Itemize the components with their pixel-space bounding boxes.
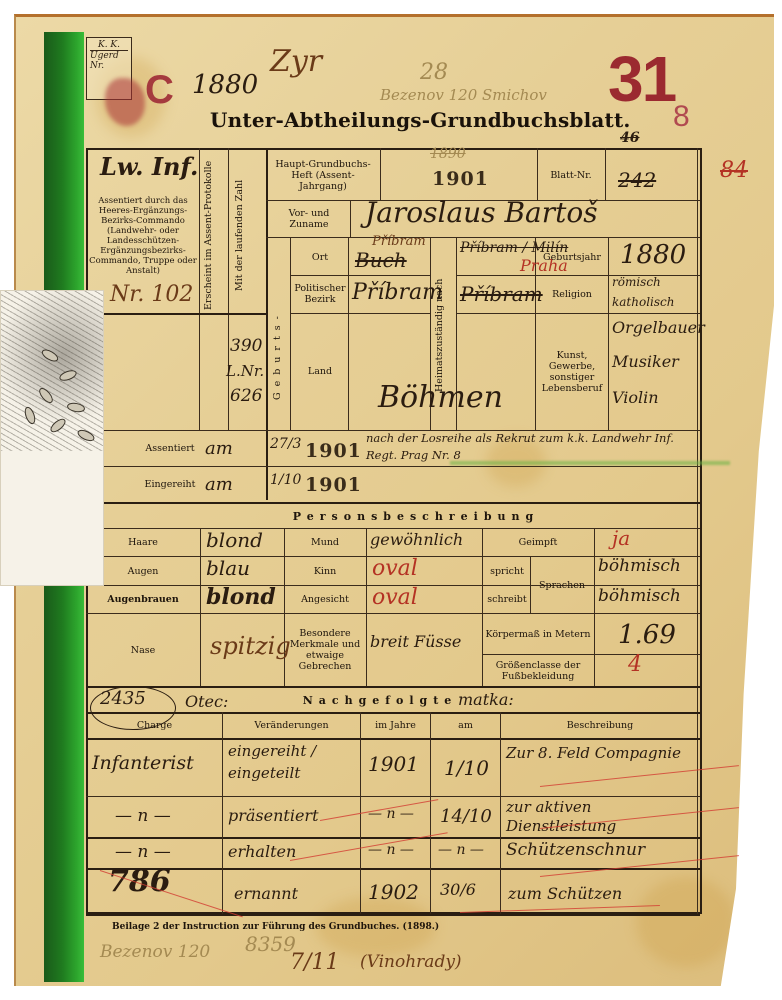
bottom-note-place: (Vinohrady): [360, 952, 462, 972]
handwritten-year: 1880: [192, 70, 258, 100]
beruf-value-3: Violin: [612, 388, 659, 407]
geburtsjahr-label: Geburtsjahr: [537, 240, 607, 274]
nase-value: spitzig: [210, 632, 291, 660]
augenbrauen-value: blond: [206, 584, 276, 610]
blatt-struck: 242: [618, 168, 656, 192]
angesicht-label: Angesicht: [286, 587, 364, 612]
hauptgrundbuch-struck: 1890: [430, 146, 466, 162]
blatt-label: Blatt-Nr.: [539, 152, 603, 198]
personal-description-title: Personsbeschreibung: [266, 506, 566, 526]
religion-label: Religion: [537, 277, 607, 311]
name-value: Jaroslaus Bartoš: [365, 196, 598, 229]
nase-label: Nase: [88, 615, 198, 685]
fuss-label: Größenclasse der Fußbekleidung: [484, 656, 592, 685]
laufende-zahl-1: 390: [230, 336, 262, 356]
spricht-label: spricht: [484, 558, 530, 584]
row3-desc: Schützenschnur: [506, 840, 645, 860]
row1-date: 1/10: [444, 756, 489, 780]
handwritten-number: 28: [420, 60, 448, 85]
eingereiht-am: am: [205, 474, 233, 495]
blatt-above-struck: 46: [620, 130, 639, 146]
row1-change: eingereiht / eingeteilt: [228, 740, 358, 784]
eingereiht-year: 1901: [305, 474, 362, 496]
side-number: 84: [720, 158, 748, 183]
bezirk-value: Příbram: [352, 280, 443, 305]
geburts-label: Geburts-: [272, 300, 283, 410]
ort-struck: Buch: [355, 248, 407, 272]
unit-handwritten: Lw. Inf.: [100, 152, 198, 181]
bottom-note-left: Bezenov 120: [100, 942, 210, 962]
row3-change: erhalten: [228, 842, 296, 861]
assentiert-durch-label: Assentiert durch das Heeres-Ergänzungs-B…: [88, 188, 198, 284]
assentiert-date: 27/3: [270, 436, 301, 452]
row2-desc: zur aktiven Dienstleistung: [506, 798, 696, 836]
annotation-otec: Otec:: [185, 692, 228, 711]
angesicht-value: oval: [372, 585, 418, 610]
hauptgrundbuch-label: Haupt-Grundbuchs-Heft (Assent-Jahrgang): [268, 152, 378, 198]
col-header-am: am: [432, 714, 499, 736]
mund-value: gewöhnlich: [370, 530, 463, 549]
assentiert-durch-value: Nr. 102: [110, 282, 193, 307]
geburtsjahr-value: 1880: [620, 240, 686, 270]
beruf-value-2: Musiker: [612, 352, 679, 371]
assentiert-year: 1901: [305, 440, 362, 462]
fuss-value: 4: [628, 652, 642, 677]
kinn-label: Kinn: [286, 558, 364, 584]
page-title: Unter-Abtheilungs-Grundbuchsblatt.: [210, 108, 631, 132]
row4-desc: zum Schützen: [508, 884, 622, 903]
name-label: Vor- und Zuname: [268, 202, 350, 236]
bottom-note-number: 8359: [245, 932, 296, 956]
heimat-value: Příbram: [460, 282, 543, 306]
geimpft-label: Geimpft: [484, 530, 592, 555]
changes-title: Nachgefolgte: [320, 692, 440, 708]
laufende-zahl-2: L.Nr.: [226, 362, 264, 380]
row4-date: 30/6: [440, 880, 476, 899]
merkmale-label: Besondere Merkmale und etwaige Gebrechen: [286, 615, 364, 685]
merkmale-value: breit Füsse: [370, 632, 461, 651]
row1-year: 1901: [368, 752, 419, 776]
augen-value: blau: [206, 556, 250, 580]
col-header-charge: Charge: [88, 714, 221, 736]
row3-charge: — n —: [115, 842, 171, 862]
ort-label: Ort: [292, 240, 348, 274]
haare-value: blond: [206, 528, 263, 552]
beruf-value-1: Orgelbauer: [612, 318, 705, 337]
col-header-veraenderungen: Veränderungen: [224, 714, 359, 736]
stamp-number: 31: [608, 42, 675, 116]
hauptgrundbuch-value: 1901: [432, 168, 489, 190]
stamp-sub-number: 8: [673, 100, 690, 134]
spricht-value: böhmisch: [598, 556, 681, 576]
row2-date: 14/10: [440, 806, 492, 827]
mund-label: Mund: [286, 530, 364, 555]
red-stamp-blot: [105, 78, 145, 126]
schreibt-label: schreibt: [484, 587, 530, 612]
annotation-oval-number: 2435: [100, 688, 146, 709]
bezirk-label: Politischer Bezirk: [292, 277, 348, 311]
col-header-beschreibung: Beschreibung: [502, 714, 698, 736]
assentiert-note: nach der Losreihe als Rekrut zum k.k. La…: [366, 430, 696, 464]
row2-charge: — n —: [115, 806, 171, 826]
augenbrauen-label: Augenbrauen: [88, 587, 198, 612]
heimat-label: Heimatszuständig nach: [434, 250, 445, 420]
row1-charge: Infanterist: [92, 752, 194, 774]
koerper-value: 1.69: [618, 620, 676, 650]
augen-label: Augen: [88, 558, 198, 584]
land-label: Land: [292, 315, 348, 428]
geimpft-value: ja: [612, 526, 630, 550]
row3-date: — n —: [438, 842, 484, 858]
overlapping-engraved-card: [0, 290, 104, 586]
row4-charge: 786: [108, 864, 171, 899]
col-header-jahre: im Jahre: [362, 714, 429, 736]
eingereiht-date: 1/10: [270, 472, 301, 488]
bottom-note-date: 7/11: [290, 950, 339, 975]
faint-address-note: Bezenov 120 Smichov: [380, 86, 547, 104]
annotation-matka: matka:: [458, 690, 514, 709]
footer-note: Beilage 2 der Instruction zur Führung de…: [112, 922, 439, 932]
kinn-value: oval: [372, 556, 418, 581]
haare-label: Haare: [88, 530, 198, 555]
row2-change: präsentiert: [228, 806, 319, 825]
laufende-zahl-label: Mit der laufenden Zahl: [234, 165, 245, 305]
schreibt-value: böhmisch: [598, 586, 681, 606]
koerper-label: Körpermaß in Metern: [484, 615, 592, 653]
row4-year: 1902: [368, 880, 419, 904]
laufende-zahl-3: 626: [230, 386, 262, 406]
handwritten-initials: Zyr: [270, 44, 322, 79]
row4-change: ernannt: [234, 884, 298, 903]
stamp-letter: C: [145, 68, 174, 113]
sprachen-label: Sprachen: [532, 558, 592, 612]
assentiert-am: am: [205, 438, 233, 459]
beruf-label: Kunst, Gewerbe, sonstiger Lebensberuf: [537, 315, 607, 428]
protokoll-label: Erscheint im Assent-Protokolle: [203, 160, 214, 310]
religion-value: römisch katholisch: [612, 272, 702, 312]
ort-new: Příbram: [372, 234, 426, 249]
row1-desc: Zur 8. Feld Compagnie: [506, 742, 696, 764]
